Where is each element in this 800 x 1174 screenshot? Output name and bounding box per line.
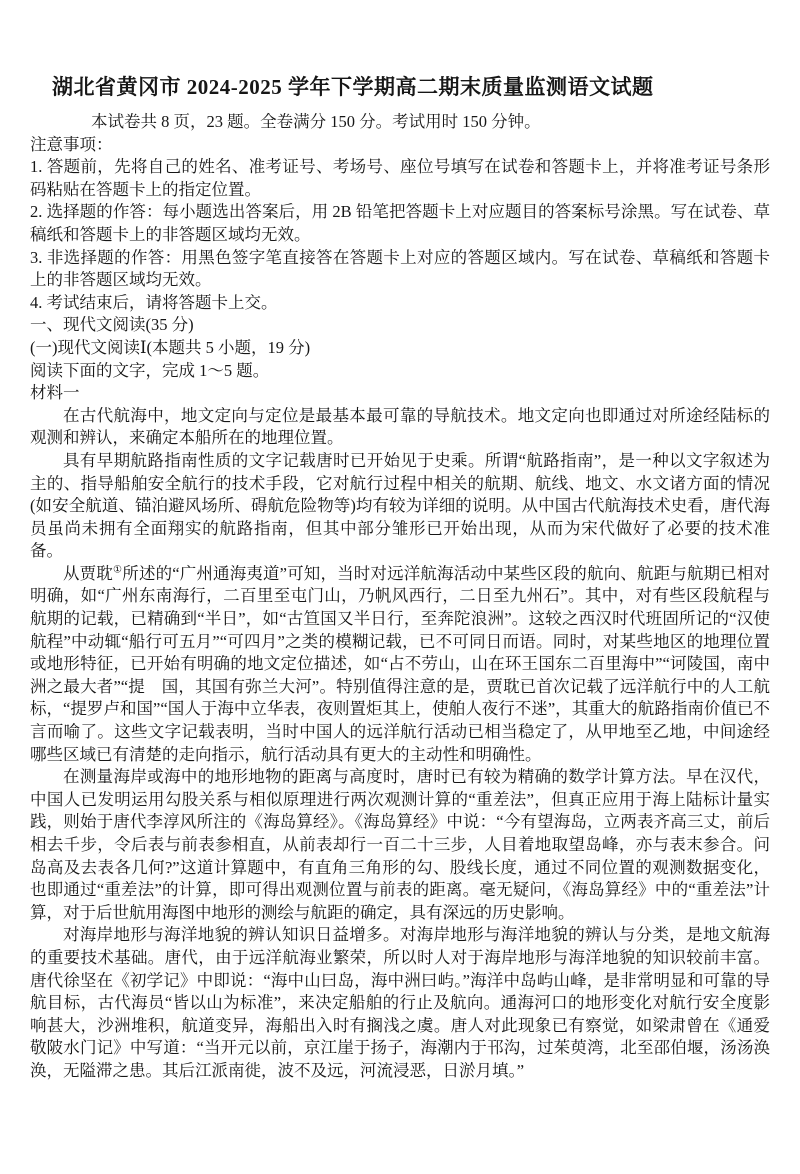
material-paragraph-4: 在测量海岸或海中的地形地物的距离与高度时，唐时已有较为精确的数学计算方法。早在汉… — [30, 766, 770, 924]
section-heading: 一、现代文阅读(35 分) — [30, 314, 770, 337]
exam-info-line: 本试卷共 8 页，23 题。全卷满分 150 分。考试用时 150 分钟。 — [30, 111, 770, 134]
material-paragraph-5: 对海岸地形与海洋地貌的辨认知识日益增多。对海岸地形与海洋地貌的辨认与分类，是地文… — [30, 924, 770, 1082]
subsection-heading: (一)现代文阅读Ⅰ(本题共 5 小题，19 分) — [30, 337, 770, 360]
notice-heading: 注意事项： — [30, 134, 770, 157]
material-paragraph-1: 在古代航海中，地文定向与定位是最基本最可靠的导航技术。地文定向也即通过对所途经陆… — [30, 405, 770, 450]
notice-item-1: 1. 答题前，先将自己的姓名、准考证号、考场号、座位号填写在试卷和答题卡上，并将… — [30, 156, 770, 201]
paragraph-3-text-before-footnote: 从贾耽 — [63, 564, 113, 583]
material-paragraph-2: 具有早期航路指南性质的文字记载唐时已开始见于史乘。所谓“航路指南”，是一种以文字… — [30, 450, 770, 563]
page-title: 湖北省黄冈市 2024-2025 学年下学期高二期末质量监测语文试题 — [30, 74, 770, 100]
paragraph-3-text-after-footnote: 所述的“广州通海夷道”可知，当时对远洋航海活动中某些区段的航向、航距与航期已相对… — [30, 564, 770, 764]
notice-item-4: 4. 考试结束后，请将答题卡上交。 — [30, 292, 770, 315]
material-label: 材料一 — [30, 382, 770, 405]
material-paragraph-3: 从贾耽①所述的“广州通海夷道”可知，当时对远洋航海活动中某些区段的航向、航距与航… — [30, 563, 770, 766]
notice-item-2: 2. 选择题的作答：每小题选出答案后，用 2B 铅笔把答题卡上对应题目的答案标号… — [30, 201, 770, 246]
reading-instruction: 阅读下面的文字，完成 1～5 题。 — [30, 360, 770, 383]
footnote-marker: ① — [113, 564, 122, 575]
exam-paper-page: 湖北省黄冈市 2024-2025 学年下学期高二期末质量监测语文试题 本试卷共 … — [0, 0, 800, 1174]
notice-item-3: 3. 非选择题的作答：用黑色签字笔直接答在答题卡上对应的答题区域内。写在试卷、草… — [30, 247, 770, 292]
